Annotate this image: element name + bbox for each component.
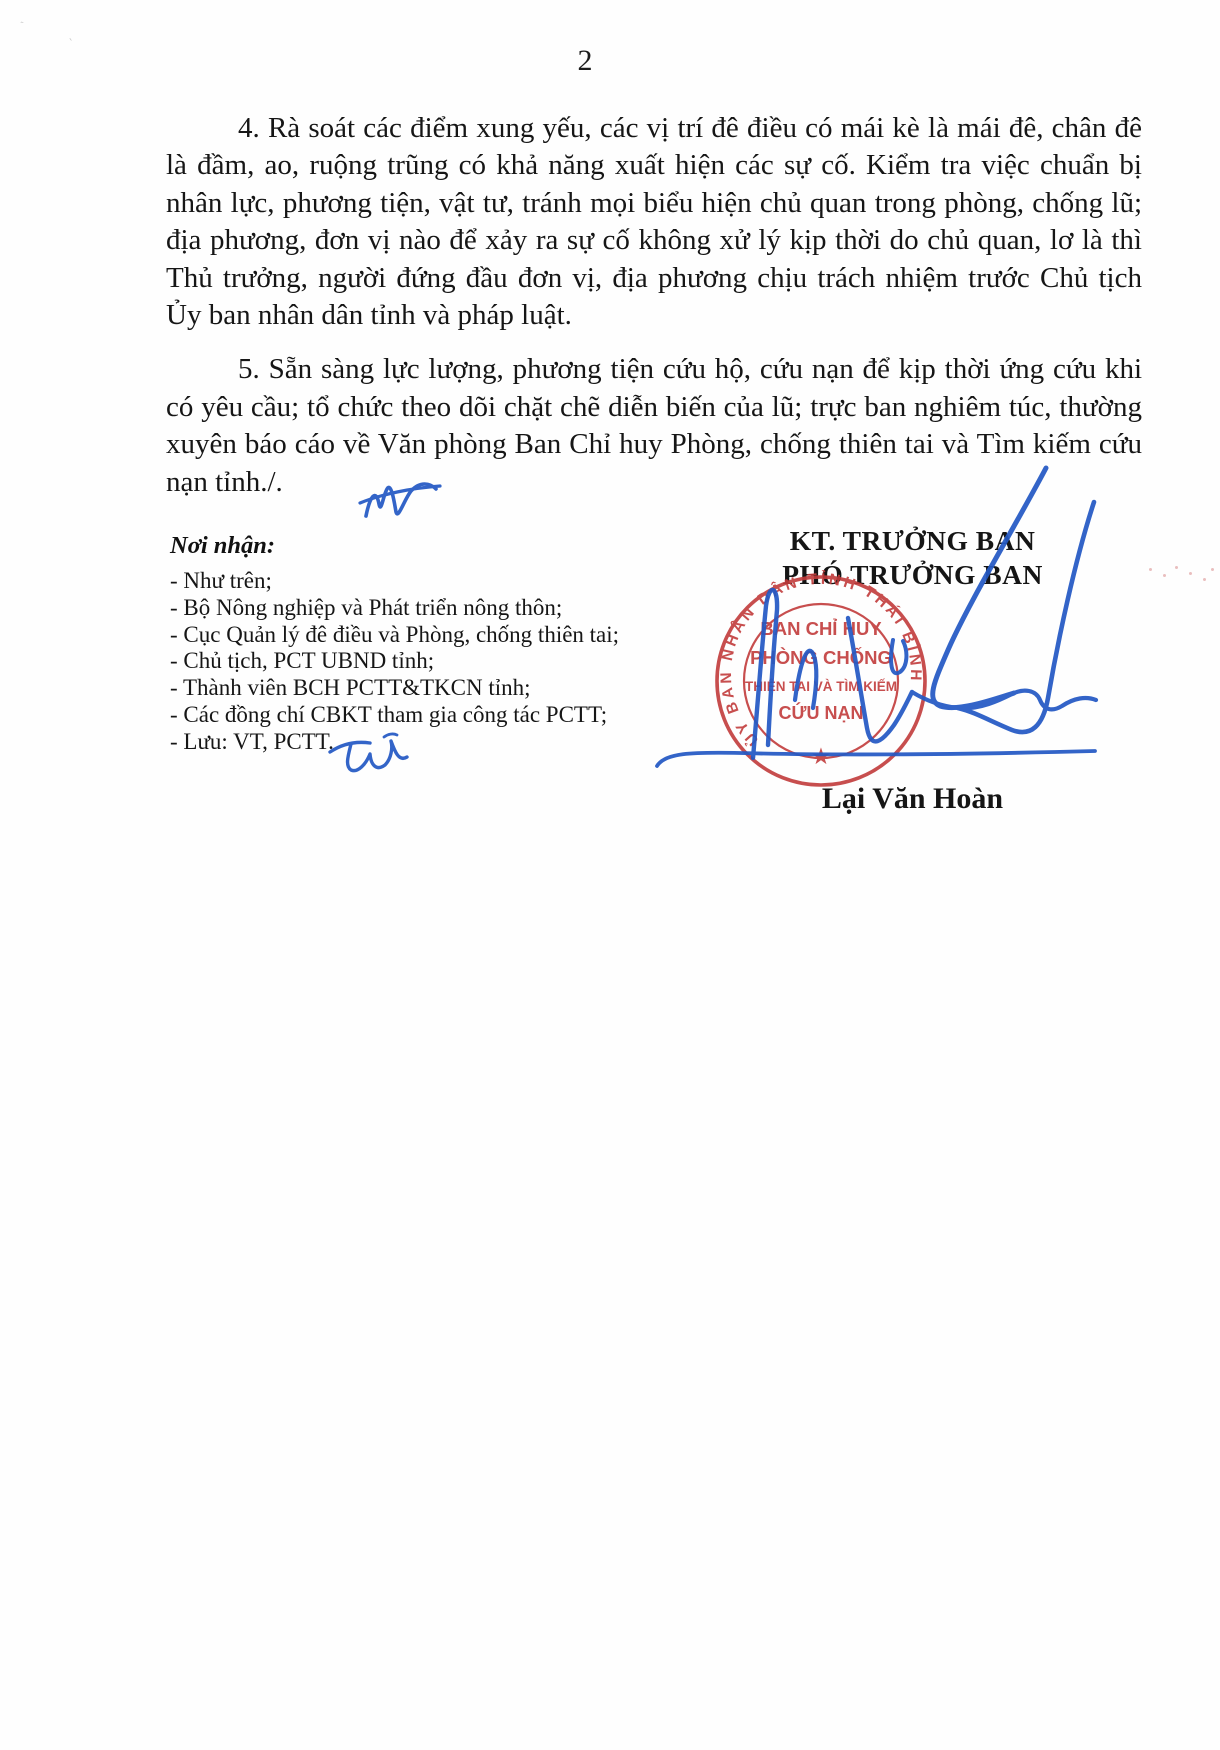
recipient-item: - Như trên; [170, 568, 650, 595]
recipient-item: - Chủ tịch, PCT UBND tỉnh; [170, 648, 650, 675]
body-text: 4. Rà soát các điểm xung yếu, các vị trí… [166, 110, 1142, 518]
scan-artifact-dots [1145, 562, 1220, 584]
seal-line-4: CỨU NẠN [779, 702, 864, 723]
recipients-block: Nơi nhận: - Như trên; - Bộ Nông nghiệp v… [170, 532, 650, 756]
official-red-seal: ỦY BAN NHÂN DÂN TỈNH THÁI BÌNH BAN CHỈ H… [707, 567, 935, 795]
paragraph-4: 4. Rà soát các điểm xung yếu, các vị trí… [166, 110, 1142, 334]
recipient-item: - Bộ Nông nghiệp và Phát triển nông thôn… [170, 595, 650, 622]
paragraph-5: 5. Sẵn sàng lực lượng, phương tiện cứu h… [166, 351, 1142, 501]
recipients-heading: Nơi nhận: [170, 532, 650, 560]
seal-line-1: BAN CHỈ HUY [760, 618, 882, 639]
recipient-item: - Lưu: VT, PCTT. [170, 729, 650, 756]
signer-role-line1: KT. TRƯỞNG BAN [690, 524, 1135, 558]
scan-speck: ˏ [68, 26, 76, 43]
recipient-item: - Thành viên BCH PCTT&TKCN tỉnh; [170, 675, 650, 702]
seal-star-icon: ★ [812, 746, 830, 768]
seal-line-2: PHÒNG CHỐNG [750, 647, 892, 668]
document-page: 2 ˋ ˏ 4. Rà soát các điểm xung yếu, các … [0, 0, 1220, 1750]
page-number: 2 [0, 44, 1170, 78]
seal-line-3: THIÊN TAI VÀ TÌM KIẾM [745, 679, 897, 694]
recipient-item: - Các đồng chí CBKT tham gia công tác PC… [170, 702, 650, 729]
recipient-item: - Cục Quản lý đê điều và Phòng, chống th… [170, 622, 650, 649]
scan-speck: ˋ [18, 18, 30, 34]
signer-name: Lại Văn Hoàn [690, 782, 1135, 816]
